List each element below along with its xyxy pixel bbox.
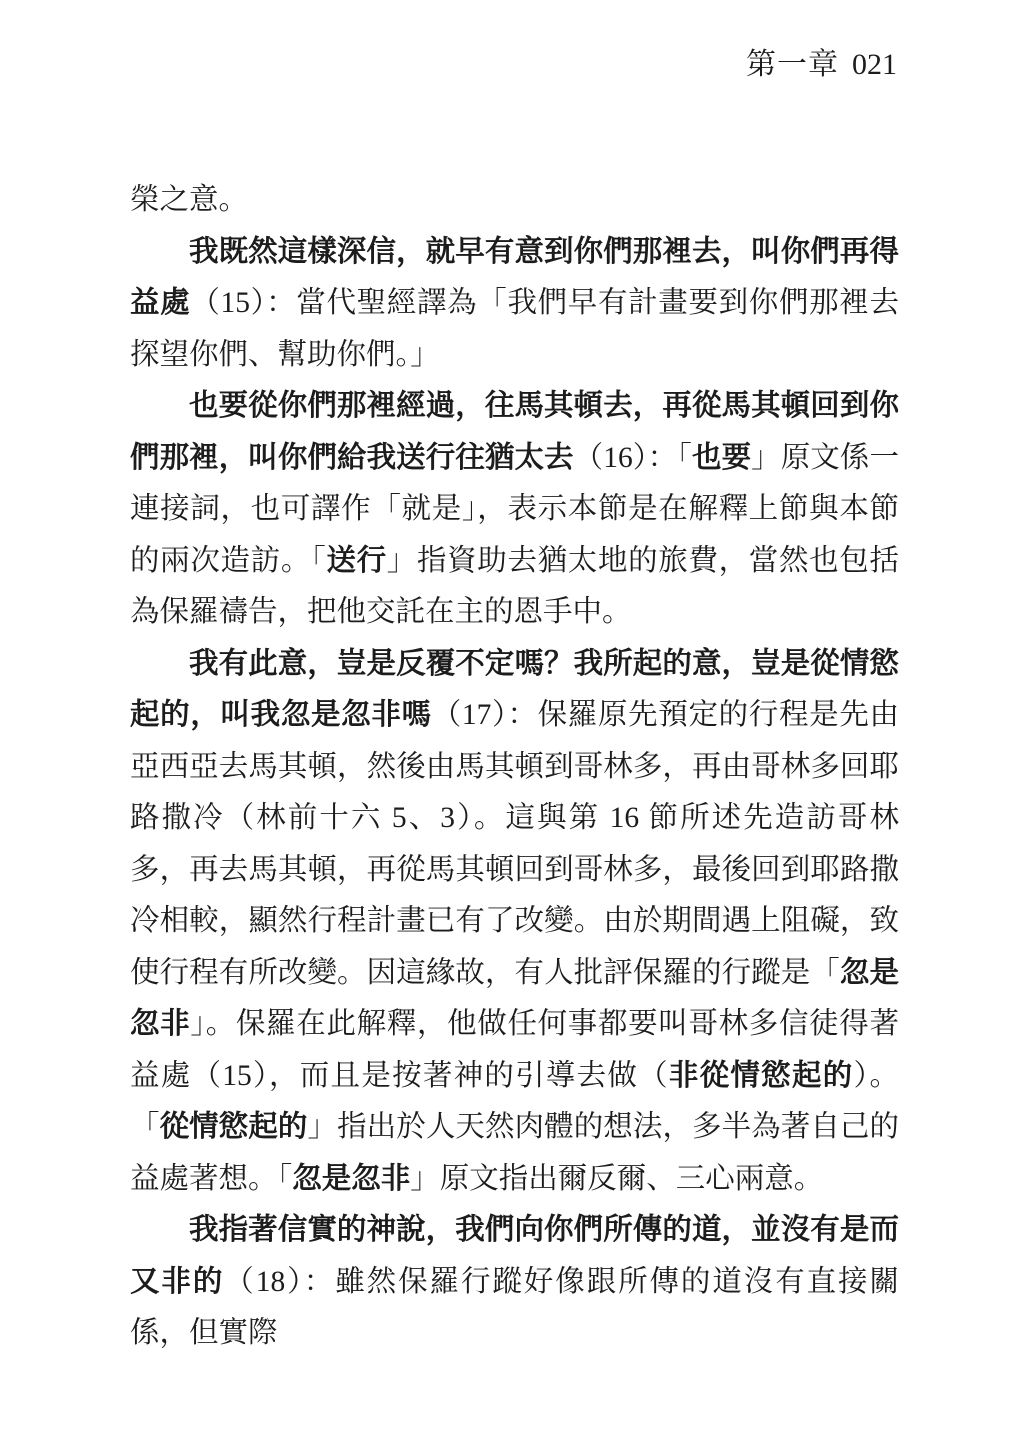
commentary-run: （15）：當代聖經譯為「我們早有計畫要到你們那裡去探望你們、幫助你們。」 <box>130 287 899 371</box>
commentary-run: （18）：雖然保羅行蹤好像跟所傳的道沒有直接關係，但實際 <box>130 1266 899 1350</box>
commentary-run: （17）：保羅原先預定的行程是先由亞西亞去馬其頓，然後由馬其頓到哥林多，再由哥林… <box>130 699 899 989</box>
paragraph: 榮之意。 <box>130 175 899 227</box>
paragraph: 我有此意，豈是反覆不定嗎？我所起的意，豈是從情慾起的，叫我忽是忽非嗎（17）：保… <box>130 639 899 1206</box>
paragraph: 我既然這樣深信，就早有意到你們那裡去，叫你們再得益處（15）：當代聖經譯為「我們… <box>130 227 899 382</box>
page-body: 榮之意。我既然這樣深信，就早有意到你們那裡去，叫你們再得益處（15）：當代聖經譯… <box>130 175 899 1360</box>
scripture-run: 送行 <box>326 545 386 577</box>
page-header: 第一章021 <box>746 46 897 84</box>
page-number: 021 <box>852 48 897 81</box>
scripture-run: 從情慾起的 <box>160 1111 308 1143</box>
commentary-run: 」原文指出爾反爾、三心兩意。 <box>410 1163 823 1195</box>
commentary-run: 榮之意。 <box>130 184 248 216</box>
paragraph: 我指著信實的神說，我們向你們所傳的道，並沒有是而又非的（18）：雖然保羅行蹤好像… <box>130 1205 899 1360</box>
running-title: 第一章 <box>746 48 839 81</box>
document-page: 第一章021 榮之意。我既然這樣深信，就早有意到你們那裡去，叫你們再得益處（15… <box>0 0 1024 1439</box>
scripture-run: 也要 <box>692 442 751 474</box>
scripture-run: 忽是忽非 <box>292 1163 410 1195</box>
paragraph: 也要從你們那裡經過，往馬其頓去，再從馬其頓回到你們那裡，叫你們給我送行往猶太去（… <box>130 381 899 639</box>
commentary-run: （16）：「 <box>574 442 692 474</box>
scripture-run: 非從情慾起的 <box>669 1060 854 1092</box>
